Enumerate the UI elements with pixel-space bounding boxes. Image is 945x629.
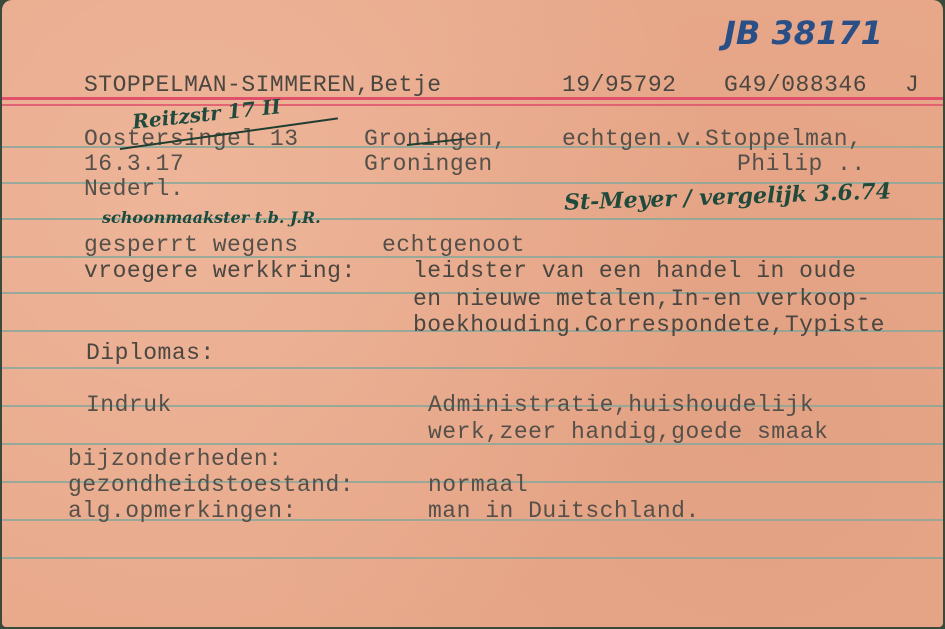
birth-date: 16.3.17 bbox=[84, 151, 184, 177]
handwritten-profession: schoonmaakster t.b. J.R. bbox=[102, 208, 321, 227]
spouse-line-2: Philip .. bbox=[737, 151, 866, 177]
ruled-line bbox=[2, 557, 943, 559]
remarks-label: alg.opmerkingen: bbox=[68, 498, 297, 524]
file-number: G49/088346 bbox=[724, 72, 867, 98]
impression-line: Administratie,huishoudelijk bbox=[428, 392, 814, 418]
impression-label: Indruk bbox=[86, 392, 172, 418]
spouse-line-1: echtgen.v.Stoppelman, bbox=[562, 126, 862, 152]
health-label: gezondheidstoestand: bbox=[68, 472, 354, 498]
previous-work-line: leidster van een handel in oude bbox=[413, 258, 856, 284]
red-header-rule-secondary bbox=[2, 104, 943, 106]
person-name: STOPPELMAN-SIMMEREN,Betje bbox=[84, 72, 442, 98]
residence-city: Groningen, bbox=[364, 126, 507, 152]
remarks-value: man in Duitschland. bbox=[428, 498, 700, 524]
impression-line: werk,zeer handig,goede smaak bbox=[428, 419, 828, 445]
previous-work-label: vroegere werkkring: bbox=[84, 258, 356, 284]
handwritten-reference: JB 38171 bbox=[724, 14, 883, 52]
category-marker: J bbox=[905, 72, 919, 98]
blocked-label: gesperrt wegens bbox=[84, 232, 299, 258]
ruled-line bbox=[2, 367, 943, 369]
nationality: Nederl. bbox=[84, 176, 184, 202]
particulars-label: bijzonderheden: bbox=[68, 446, 283, 472]
record-number: 19/95792 bbox=[562, 72, 676, 98]
previous-work-line: en nieuwe metalen,In-en verkoop- bbox=[413, 286, 871, 312]
health-value: normaal bbox=[428, 472, 528, 498]
blocked-value: echtgenoot bbox=[382, 232, 525, 258]
index-card: JB 38171 STOPPELMAN-SIMMEREN,Betje 19/95… bbox=[2, 0, 943, 627]
diplomas-label: Diplomas: bbox=[86, 340, 215, 366]
previous-work-line: boekhouding.Correspondete,Typiste bbox=[413, 312, 885, 338]
birth-place: Groningen bbox=[364, 151, 493, 177]
